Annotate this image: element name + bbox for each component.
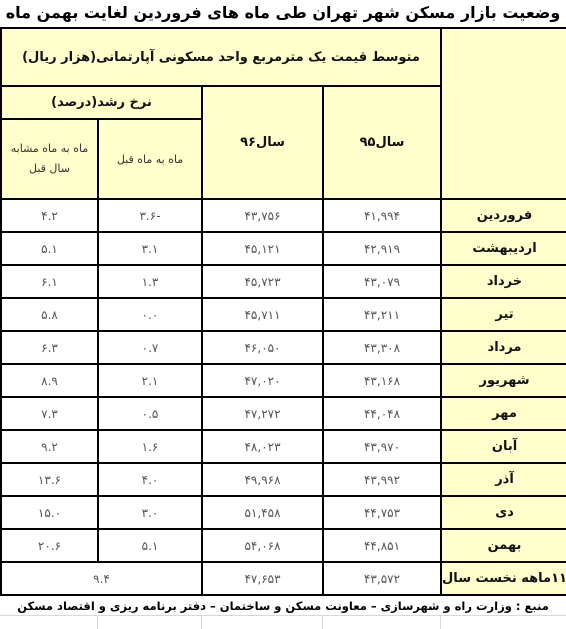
mom-cell: ۲.۱ — [98, 364, 202, 397]
yoy-cell: ۹.۲ — [1, 430, 98, 463]
month-cell: آذر — [441, 463, 566, 496]
yoy-cell: ۴.۲ — [1, 199, 98, 232]
year95-cell: ۴۳,۱۶۸ — [323, 364, 441, 397]
avg-price-group-header: متوسط قیمت یک مترمربع واحد مسکونی آپارتم… — [1, 28, 441, 86]
year96-cell: ۴۹,۹۶۸ — [202, 463, 323, 496]
yoy-cell: ۶.۱ — [1, 265, 98, 298]
header-corner-cell — [441, 28, 566, 199]
mom-cell: ۰.۰ — [98, 298, 202, 331]
summary-year95-cell: ۴۳,۵۷۲ — [323, 562, 441, 595]
year96-cell: ۴۶,۰۵۰ — [202, 331, 323, 364]
table-row: تیر ۴۳,۲۱۱ ۴۵,۷۱۱ ۰.۰ ۵.۸ — [1, 298, 566, 331]
year95-header: سال۹۵ — [323, 86, 441, 199]
month-cell: بهمن — [441, 529, 566, 562]
month-cell: مهر — [441, 397, 566, 430]
year96-cell: ۴۵,۷۲۳ — [202, 265, 323, 298]
page-title: وضعیت بازار مسکن شهر تهران طی ماه های فر… — [0, 0, 566, 26]
year95-cell: ۴۴,۰۴۸ — [323, 397, 441, 430]
month-cell: فروردین — [441, 199, 566, 232]
month-cell: شهریور — [441, 364, 566, 397]
gridline — [97, 616, 98, 629]
mom-cell: ۳.۱ — [98, 232, 202, 265]
mom-cell: ۰.۵ — [98, 397, 202, 430]
yoy-cell: ۶.۳ — [1, 331, 98, 364]
table-row: خرداد ۴۳,۰۷۹ ۴۵,۷۲۳ ۱.۳ ۶.۱ — [1, 265, 566, 298]
summary-growth-cell: ۹.۴ — [1, 562, 202, 595]
yoy-cell: ۱۵.۰ — [1, 496, 98, 529]
gridline — [440, 616, 441, 629]
mom-cell: ۵.۱ — [98, 529, 202, 562]
year96-cell: ۴۷,۰۲۰ — [202, 364, 323, 397]
table-row: شهریور ۴۳,۱۶۸ ۴۷,۰۲۰ ۲.۱ ۸.۹ — [1, 364, 566, 397]
mom-cell: ۱.۳ — [98, 265, 202, 298]
table-row: مهر ۴۴,۰۴۸ ۴۷,۲۷۲ ۰.۵ ۷.۳ — [1, 397, 566, 430]
mom-header: ماه به ماه قبل — [98, 119, 202, 199]
mom-cell: ۱.۶ — [98, 430, 202, 463]
table-row: مرداد ۴۳,۳۰۸ ۴۶,۰۵۰ ۰.۷ ۶.۳ — [1, 331, 566, 364]
month-cell: اردیبهشت — [441, 232, 566, 265]
gridline — [201, 616, 202, 629]
mom-cell: ۴.۰ — [98, 463, 202, 496]
housing-price-table: متوسط قیمت یک مترمربع واحد مسکونی آپارتم… — [0, 27, 566, 596]
yoy-cell: ۵.۸ — [1, 298, 98, 331]
year96-cell: ۴۷,۲۷۲ — [202, 397, 323, 430]
month-cell: دی — [441, 496, 566, 529]
yoy-cell: ۵.۱ — [1, 232, 98, 265]
source-note: منبع : وزارت راه و شهرسازی – معاونت مسکن… — [0, 597, 566, 615]
summary-label-cell: ۱۱ماهه نخست سال — [441, 562, 566, 595]
yoy-cell: ۸.۹ — [1, 364, 98, 397]
summary-row: ۱۱ماهه نخست سال ۴۳,۵۷۲ ۴۷,۶۵۳ ۹.۴ — [1, 562, 566, 595]
table-row: دی ۴۴,۷۵۳ ۵۱,۴۵۸ ۳.۰ ۱۵.۰ — [1, 496, 566, 529]
year96-cell: ۴۵,۱۲۱ — [202, 232, 323, 265]
empty-gridline-row — [0, 615, 566, 629]
month-cell: آبان — [441, 430, 566, 463]
table-row: اردیبهشت ۴۲,۹۱۹ ۴۵,۱۲۱ ۳.۱ ۵.۱ — [1, 232, 566, 265]
year96-cell: ۵۱,۴۵۸ — [202, 496, 323, 529]
table-row: فروردین ۴۱,۹۹۴ ۴۳,۷۵۶ -۳.۶ ۴.۲ — [1, 199, 566, 232]
mom-cell: ۳.۰ — [98, 496, 202, 529]
year95-cell: ۴۳,۳۰۸ — [323, 331, 441, 364]
yoy-cell: ۷.۳ — [1, 397, 98, 430]
year96-cell: ۴۳,۷۵۶ — [202, 199, 323, 232]
yoy-header: ماه به ماه مشابه سال قبل — [1, 119, 98, 199]
gridline — [322, 616, 323, 629]
month-cell: مرداد — [441, 331, 566, 364]
year95-cell: ۴۱,۹۹۴ — [323, 199, 441, 232]
month-cell: تیر — [441, 298, 566, 331]
year95-cell: ۴۳,۹۹۲ — [323, 463, 441, 496]
year95-cell: ۴۳,۲۱۱ — [323, 298, 441, 331]
month-cell: خرداد — [441, 265, 566, 298]
mom-cell: -۳.۶ — [98, 199, 202, 232]
year95-cell: ۴۴,۷۵۳ — [323, 496, 441, 529]
table-row: آذر ۴۳,۹۹۲ ۴۹,۹۶۸ ۴.۰ ۱۳.۶ — [1, 463, 566, 496]
mom-cell: ۰.۷ — [98, 331, 202, 364]
year95-cell: ۴۴,۸۵۱ — [323, 529, 441, 562]
year96-header: سال۹۶ — [202, 86, 323, 199]
year96-cell: ۴۵,۷۱۱ — [202, 298, 323, 331]
table-row: آبان ۴۳,۹۷۰ ۴۸,۰۲۳ ۱.۶ ۹.۲ — [1, 430, 566, 463]
table-row: بهمن ۴۴,۸۵۱ ۵۴,۰۶۸ ۵.۱ ۲۰.۶ — [1, 529, 566, 562]
year95-cell: ۴۳,۹۷۰ — [323, 430, 441, 463]
data-grid: متوسط قیمت یک مترمربع واحد مسکونی آپارتم… — [0, 27, 566, 596]
growth-group-header: نرخ رشد(درصد) — [1, 86, 202, 119]
year96-cell: ۵۴,۰۶۸ — [202, 529, 323, 562]
year95-cell: ۴۳,۰۷۹ — [323, 265, 441, 298]
yoy-cell: ۲۰.۶ — [1, 529, 98, 562]
year95-cell: ۴۲,۹۱۹ — [323, 232, 441, 265]
yoy-cell: ۱۳.۶ — [1, 463, 98, 496]
year96-cell: ۴۸,۰۲۳ — [202, 430, 323, 463]
summary-year96-cell: ۴۷,۶۵۳ — [202, 562, 323, 595]
